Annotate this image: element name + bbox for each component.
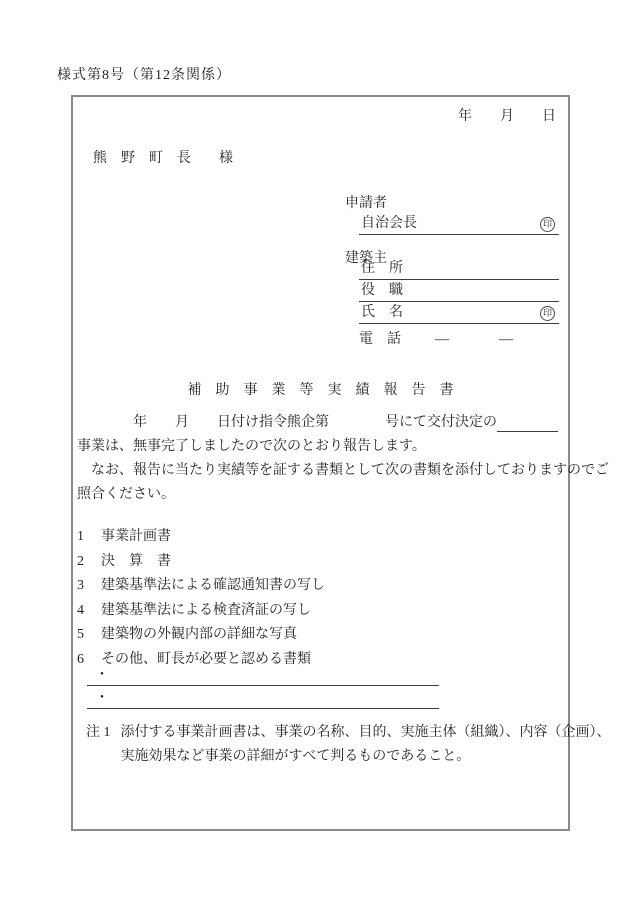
decision-text: 年 月 日付け指令熊企第 号にて交付決定の [77,411,497,435]
attachment-number: 4 [77,599,101,624]
attachment-text: 建築基準法による確認通知書の写し [101,574,325,599]
attachment-item: 1 事業計画書 [77,525,558,550]
fill-in-blank [497,411,558,432]
form-border-box: 年 月 日 熊 野 町 長 様 申請者 自治会長 印 建築主 住 所 役 職 氏… [71,95,570,831]
date-line: 年 月 日 [458,105,556,125]
note-line2: 実施効果など事業の詳細がすべて判るものであること。 [121,745,611,769]
attachment-text: 事業計画書 [101,525,171,550]
seal-stamp-icon: 印 [540,306,555,321]
note-label: 注 1 [86,721,111,769]
applicant-role-line: 自治会長 印 [359,213,559,235]
attachment-item: 4 建築基準法による検査済証の写し [77,599,558,624]
attachment-text: 建築基準法による検査済証の写し [101,599,311,624]
attachment-list: 1 事業計画書 2 決 算 書 3 建築基準法による確認通知書の写し 4 建築基… [77,525,558,673]
attachment-text: 建築物の外観内部の詳細な写真 [101,623,297,648]
name-field-line: 氏 名 印 [359,302,559,324]
document-page: 様式第8号（第12条関係） 年 月 日 熊 野 町 長 様 申請者 自治会長 印… [0,0,630,915]
form-number: 様式第8号（第12条関係） [57,64,231,84]
address-field-line: 住 所 [359,258,559,280]
body-paragraph2-line1: なお、報告に当たり実績等を証する書類として次の書類を添付しておりますのでご [77,459,558,483]
body-paragraph1-line2: 事業は、無事完了しましたので次のとおり報告します。 [77,435,558,459]
position-field-line: 役 職 [359,280,559,302]
position-label: 役 職 [361,281,403,301]
other-documents-blanks: ・ ・ [87,665,439,711]
addressee: 熊 野 町 長 様 [93,147,233,167]
body-paragraph2-line2: 照合ください。 [77,483,558,507]
report-title: 補 助 事 業 等 実 績 報 告 書 [73,379,568,399]
attachment-number: 2 [77,550,101,575]
seal-stamp-icon: 印 [540,217,555,232]
attachment-item: 3 建築基準法による確認通知書の写し [77,574,558,599]
blank-entry-line: ・ [87,665,439,686]
applicant-label: 申請者 [345,192,387,212]
applicant-role: 自治会長 [361,214,417,234]
note-line1: 添付する事業計画書は、事業の名称、目的、実施主体（組織）、内容（企画）、 [121,721,611,745]
phone-value: — — [435,330,515,350]
attachment-number: 3 [77,574,101,599]
attachment-item: 5 建築物の外観内部の詳細な写真 [77,623,558,648]
phone-line: 電 話 — — [359,328,559,350]
note: 注 1 添付する事業計画書は、事業の名称、目的、実施主体（組織）、内容（企画）、… [86,721,560,769]
attachment-item: 2 決 算 書 [77,550,558,575]
attachment-text: 決 算 書 [101,550,171,575]
blank-entry-line: ・ [87,688,439,709]
phone-label: 電 話 [359,330,401,350]
note-body: 添付する事業計画書は、事業の名称、目的、実施主体（組織）、内容（企画）、 実施効… [121,721,611,769]
address-label: 住 所 [361,259,403,279]
attachment-number: 1 [77,525,101,550]
name-label: 氏 名 [361,303,403,323]
attachment-number: 5 [77,623,101,648]
body-paragraph1-line1: 年 月 日付け指令熊企第 号にて交付決定の [77,411,558,435]
